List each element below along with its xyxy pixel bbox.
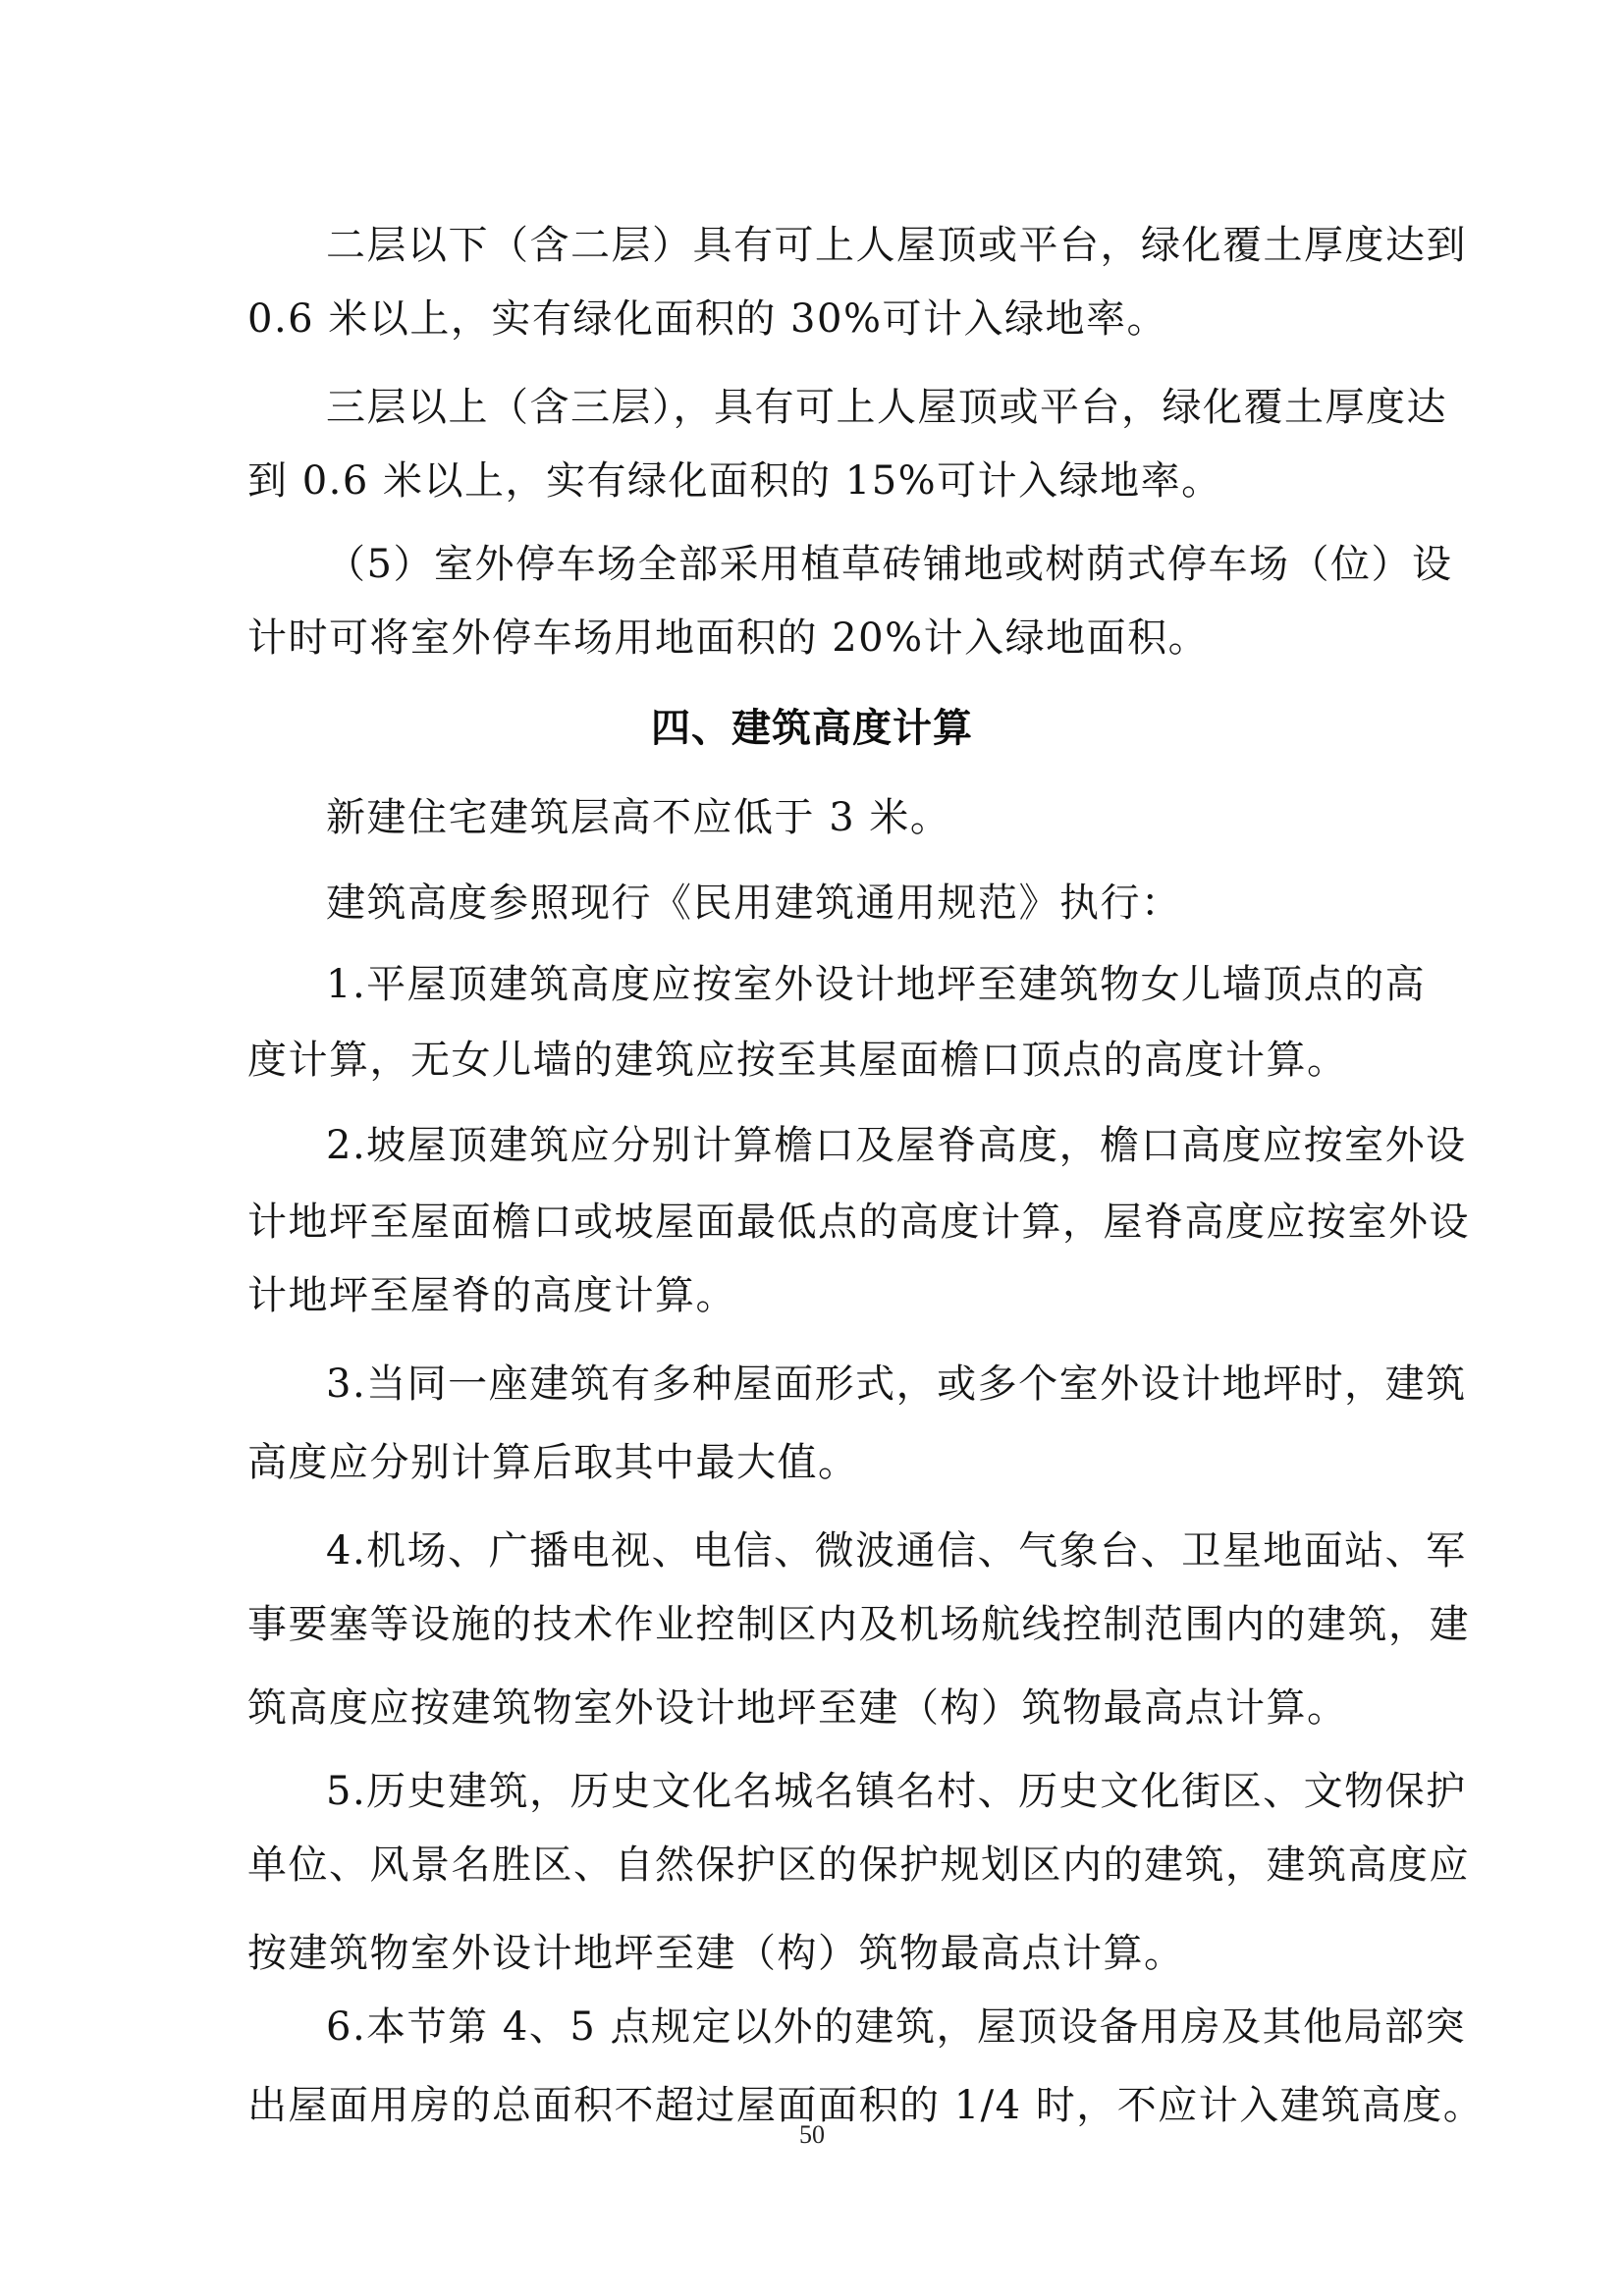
paragraph-line: 三层以上（含三层），具有可上人屋顶或平台，绿化覆土厚度达 [326,384,1386,431]
page-number: 50 [0,2120,1624,2150]
list-item-line: 按建筑物室外设计地坪至建（构）筑物最高点计算。 [247,1930,1386,1977]
list-item-line: 单位、风景名胜区、自然保护区的保护规划区内的建筑，建筑高度应 [247,1842,1386,1889]
list-item-line: 事要塞等设施的技术作业控制区内及机场航线控制范围内的建筑，建 [247,1601,1386,1648]
document-page: 二层以下（含二层）具有可上人屋顶或平台，绿化覆土厚度达到 0.6 米以上，实有绿… [0,0,1624,2296]
paragraph-line: 0.6 米以上，实有绿化面积的 30%可计入绿地率。 [247,295,1386,343]
paragraph-line: 建筑高度参照现行《民用建筑通用规范》执行： [326,880,1386,927]
list-item-line: 筑高度应按建筑物室外设计地坪至建（构）筑物最高点计算。 [247,1684,1386,1732]
paragraph-line: 计时可将室外停车场用地面积的 20%计入绿地面积。 [247,614,1386,662]
list-item-line: 1.平屋顶建筑高度应按室外设计地坪至建筑物女儿墙顶点的高 [326,961,1386,1008]
list-item-line: 高度应分别计算后取其中最大值。 [247,1439,1386,1486]
paragraph-line: 到 0.6 米以上，实有绿化面积的 15%可计入绿地率。 [247,457,1386,505]
section-heading: 四、建筑高度计算 [0,705,1624,752]
list-item-line: 3.当同一座建筑有多种屋面形式，或多个室外设计地坪时，建筑 [326,1361,1386,1408]
list-item-line: 计地坪至屋面檐口或坡屋面最低点的高度计算，屋脊高度应按室外设 [247,1199,1386,1246]
list-item-line: 2.坡屋顶建筑应分别计算檐口及屋脊高度，檐口高度应按室外设 [326,1122,1386,1169]
list-item-line: 度计算，无女儿墙的建筑应按至其屋面檐口顶点的高度计算。 [247,1037,1386,1084]
list-item-line: 5.历史建筑，历史文化名城名镇名村、历史文化街区、文物保护 [326,1768,1386,1815]
list-item-line: 4.机场、广播电视、电信、微波通信、气象台、卫星地面站、军 [326,1527,1386,1575]
list-item-line: 计地坪至屋脊的高度计算。 [247,1272,1386,1319]
paragraph-line: 二层以下（含二层）具有可上人屋顶或平台，绿化覆土厚度达到 [326,222,1386,269]
paragraph-line: （5）室外停车场全部采用植草砖铺地或树荫式停车场（位）设 [326,541,1386,588]
list-item-line: 6.本节第 4、5 点规定以外的建筑，屋顶设备用房及其他局部突 [326,2003,1386,2051]
paragraph-line: 新建住宅建筑层高不应低于 3 米。 [326,794,1386,841]
